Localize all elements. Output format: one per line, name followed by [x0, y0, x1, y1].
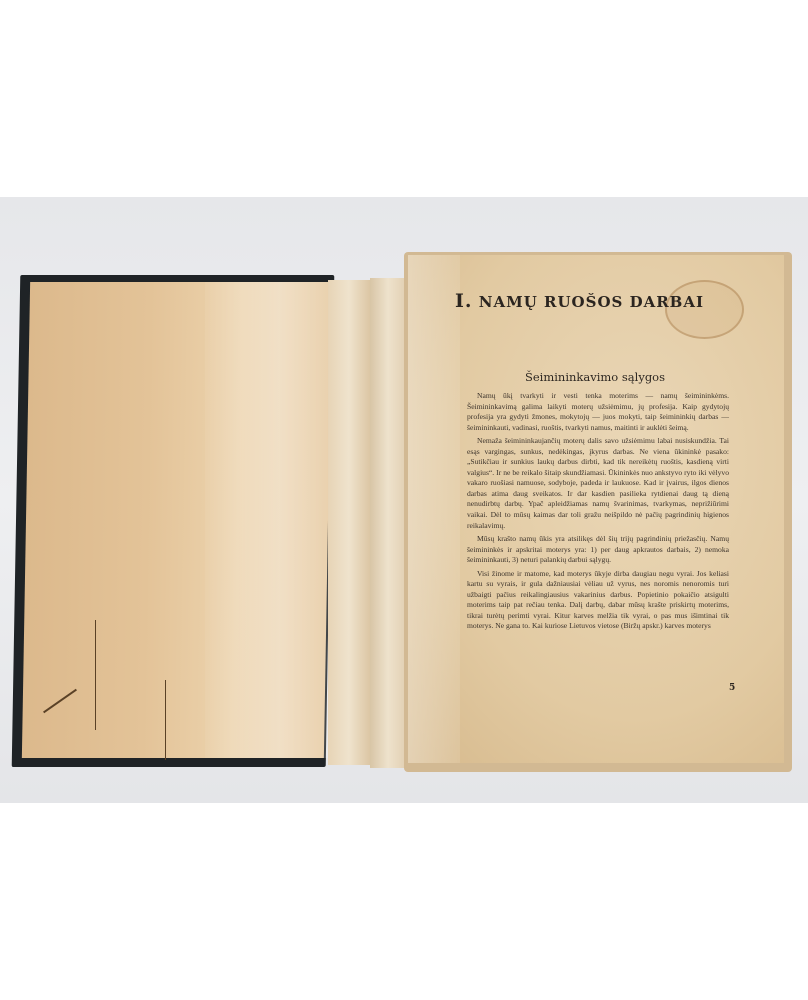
- chapter-number: I.: [455, 290, 473, 312]
- page-tape-strip: [408, 255, 460, 763]
- paragraph: Namų ūkį tvarkyti ir vesti tenka moterim…: [467, 391, 729, 433]
- page-number: 5: [729, 683, 735, 693]
- paragraph: Nemaža šeimininkaujančių moterų dalis sa…: [467, 436, 729, 531]
- paper-crack: [165, 680, 166, 760]
- chapter-title: NAMŲ RUOŠOS DARBAI: [479, 293, 704, 311]
- paper-crack: [95, 620, 96, 730]
- section-title: Šeimininkavimo sąlygos: [460, 370, 730, 384]
- book-spine-left: [328, 280, 370, 765]
- chapter-heading: I. NAMŲ RUOŠOS DARBAI: [455, 290, 704, 312]
- paragraph: Mūsų krašto namų ūkis yra atsilikęs dėl …: [467, 534, 729, 566]
- plastic-tape: [205, 282, 329, 758]
- paragraph: Visi žinome ir matome, kad moterys ūkyje…: [467, 569, 729, 632]
- book-spine-right: [370, 278, 406, 768]
- body-text: Namų ūkį tvarkyti ir vesti tenka moterim…: [467, 391, 729, 635]
